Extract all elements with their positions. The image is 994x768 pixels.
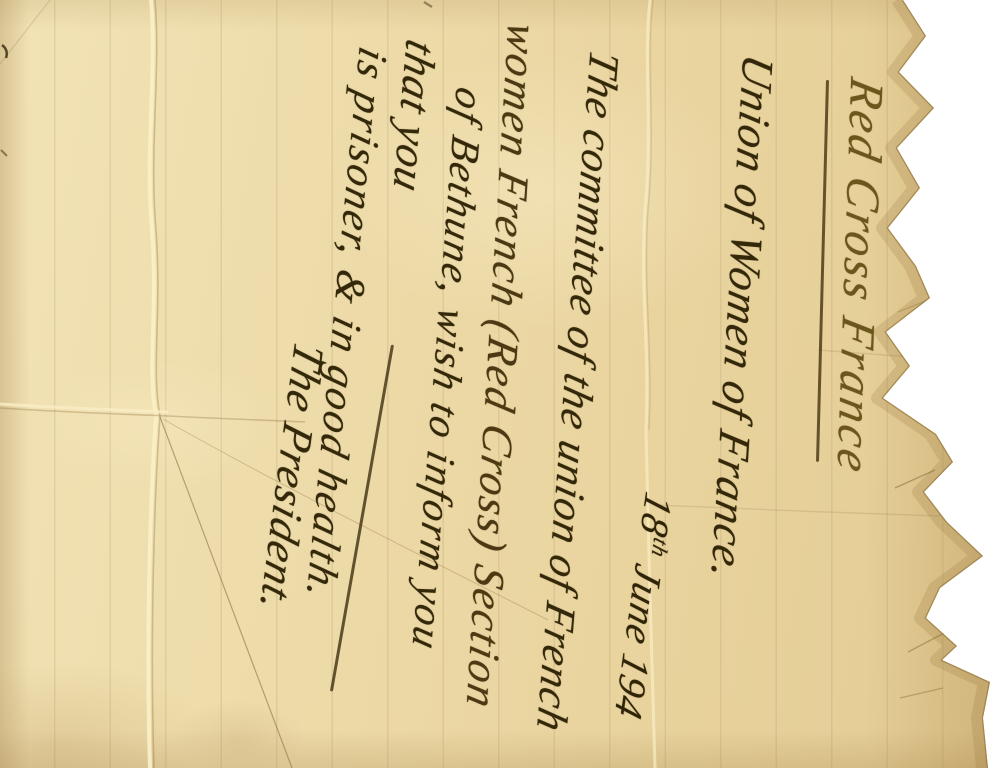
handwriting-layer: Red Cross France Union of Women of Franc… — [0, 0, 994, 768]
letter-date: 18th June 194 — [605, 487, 682, 725]
date-day: 18 — [632, 488, 681, 544]
letter-heading: Red Cross France — [826, 73, 894, 480]
scanned-letter-page: Red Cross France Union of Women of Franc… — [0, 0, 994, 768]
paper-sheet: Red Cross France Union of Women of Franc… — [0, 0, 994, 768]
line-committee: The committee of the union of French — [526, 46, 628, 738]
date-month-year: June 194 — [606, 548, 672, 725]
line-union-of-women: Union of Women of France. — [701, 50, 784, 586]
